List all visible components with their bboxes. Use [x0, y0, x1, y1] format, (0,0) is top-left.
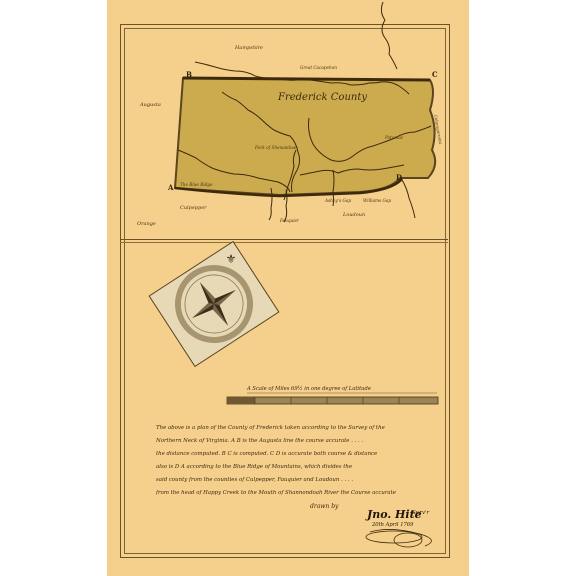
label-great-cacapehon: Great Cacapehon	[300, 65, 337, 70]
label-hampshire: Hampshire	[235, 45, 263, 51]
text-line: the distance computed. B C is computed. …	[156, 448, 438, 461]
label-blue-ridge: The Blue Ridge	[180, 182, 213, 187]
drawn-by-label: drawn by	[310, 503, 338, 510]
label-loudoun: Loudoun	[343, 212, 365, 218]
text-line: Northern Neck of Virginia. A B is the Au…	[156, 435, 438, 448]
description-text: The above is a plan of the County of Fre…	[156, 422, 438, 500]
corner-d: D	[396, 173, 402, 182]
label-augusta: Augusta	[140, 102, 161, 108]
label-potomac: Potomac	[385, 135, 403, 140]
text-line: said county from the counties of Culpepp…	[156, 474, 438, 487]
signature-flourish	[366, 529, 431, 547]
signature-date: 20th April 1769	[372, 522, 413, 528]
corner-a: A	[168, 183, 173, 192]
text-line: from the head of Happy Creek to the Mout…	[156, 487, 438, 500]
scale-title: A Scale of Miles 69½ in one degree of La…	[247, 386, 371, 392]
label-culpepper: Culpepper	[180, 205, 207, 211]
signature-title: Surv'r	[412, 510, 429, 516]
county-label: Frederick County	[278, 92, 367, 103]
corner-b: B	[186, 70, 192, 79]
label-gap-1: Ashby's Gap	[325, 198, 351, 203]
compass-rose: ⚜	[149, 242, 279, 367]
label-fork-shenandoah: Fork of Shenandoah	[255, 145, 298, 150]
text-line: also is D A according to the Blue Ridge …	[156, 461, 438, 474]
text-line: The above is a plan of the County of Fre…	[156, 422, 438, 435]
corner-c: C	[432, 70, 438, 79]
label-gap-2: Williams Gap	[363, 198, 391, 203]
label-fauquier: Fauquier	[280, 218, 299, 223]
label-orange: Orange	[137, 221, 156, 227]
svg-text:⚜: ⚜	[226, 252, 237, 266]
scale-bar	[227, 393, 438, 404]
